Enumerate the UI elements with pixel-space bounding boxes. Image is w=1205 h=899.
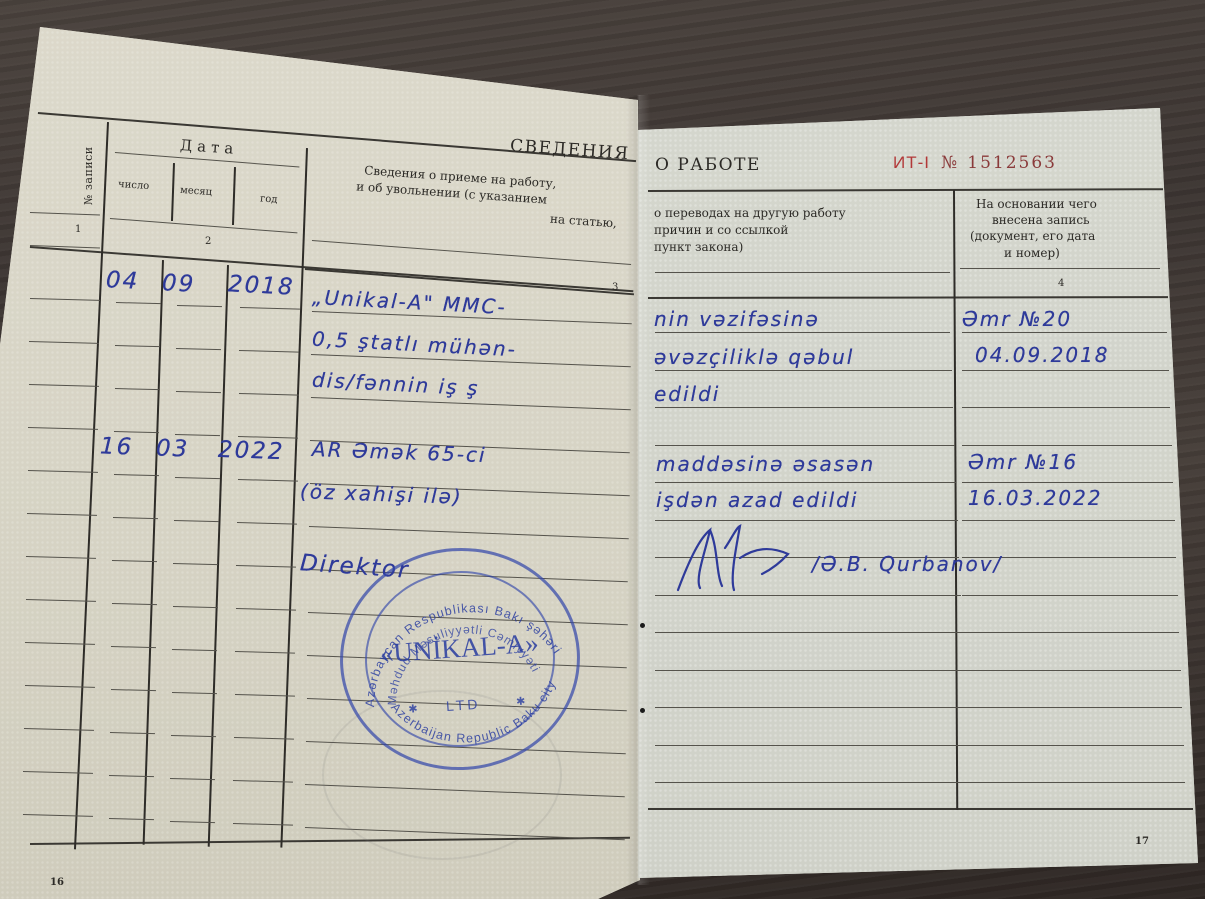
entry-basis-date: 16.03.2022 [968,486,1103,510]
date-year-header: год [260,193,278,205]
entry-year: 2018 [227,271,295,300]
date-day-header: число [118,179,150,192]
serial-number: ИТ-I № 1512563 [893,153,1057,173]
number-sign: № [941,153,959,173]
entry-day: 16 [100,433,134,460]
entry-number-header: № записи [82,146,95,205]
entry-text-right: əvəzçiliklə qəbul [654,345,854,369]
col1-index: 1 [75,224,81,235]
col4-header-line1: На основании чего [976,197,1097,211]
entry-basis-order: Əmr №20 [962,307,1072,331]
serial-prefix: ИТ-I [893,153,930,172]
right-page-number: 17 [1135,836,1149,847]
col4-index: 4 [1058,278,1064,289]
entry-day: 04 [105,267,140,295]
entry-month: 03 [156,435,190,462]
entry-text-right: işdən azad edildi [656,488,858,512]
col3-cont-line1: о переводах на другую работу [654,206,846,220]
col4-header-line4: и номер) [1004,246,1060,260]
staple [640,623,645,628]
entry-text-right: nin vəzifəsinə [654,307,820,331]
entry-text-right: maddəsinə əsasən [656,452,875,476]
col3-cont-line3: пункт закона) [654,240,743,254]
entry-basis-order: Əmr №16 [968,450,1078,474]
entry-text-right: edildi [654,382,720,406]
col4-header-line2: внесена запись [992,213,1090,227]
entry-month: 09 [161,270,196,298]
entry-year: 2022 [218,437,285,465]
col3-cont-line2: причин и со ссылкой [654,223,788,237]
signature-scribble [670,518,810,598]
entry-basis-date: 04.09.2018 [975,343,1110,367]
date-month-header: месяц [180,185,213,198]
staple [640,708,645,713]
date-index: 2 [205,236,211,247]
company-seal-stamp: Azərbaycan Respublikası Bakı şəhəri Məhd… [333,540,588,778]
section-title-right: О РАБОТЕ [655,155,761,175]
col4-header-line3: (документ, его дата [970,229,1095,243]
col3-index: 3 [612,282,618,293]
book-spine [626,95,650,885]
left-page-number: 16 [50,877,64,888]
serial-digits: 1512563 [967,153,1057,173]
signer-name-handwritten: /Ə.B. Qurbanov/ [812,552,1002,576]
